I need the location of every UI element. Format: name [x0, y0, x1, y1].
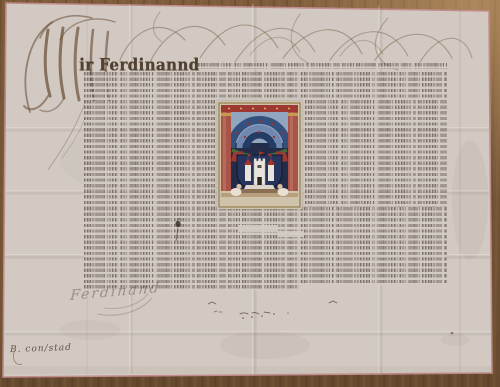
body-text-left-column [84, 100, 215, 207]
capital-left [221, 113, 231, 116]
paragraph-gap [278, 231, 304, 237]
body-text-right-column [305, 100, 447, 207]
paragraph-gap [238, 225, 278, 232]
capital-right [288, 113, 298, 116]
castle-gate [257, 177, 262, 185]
castle-window [258, 165, 262, 168]
miniature-lower-margin [221, 197, 298, 205]
photograph-of-charter: ir Ferdinannd [0, 0, 500, 387]
body-text-bottom [84, 207, 447, 285]
body-text-top [84, 72, 447, 100]
top-frieze [221, 105, 298, 112]
castle-charge [243, 152, 276, 192]
pilaster-right-highlight [290, 112, 293, 191]
coat-of-arms-miniature [217, 101, 302, 209]
pilaster-left-highlight [223, 112, 226, 191]
body-text-beside-heading [198, 63, 447, 69]
